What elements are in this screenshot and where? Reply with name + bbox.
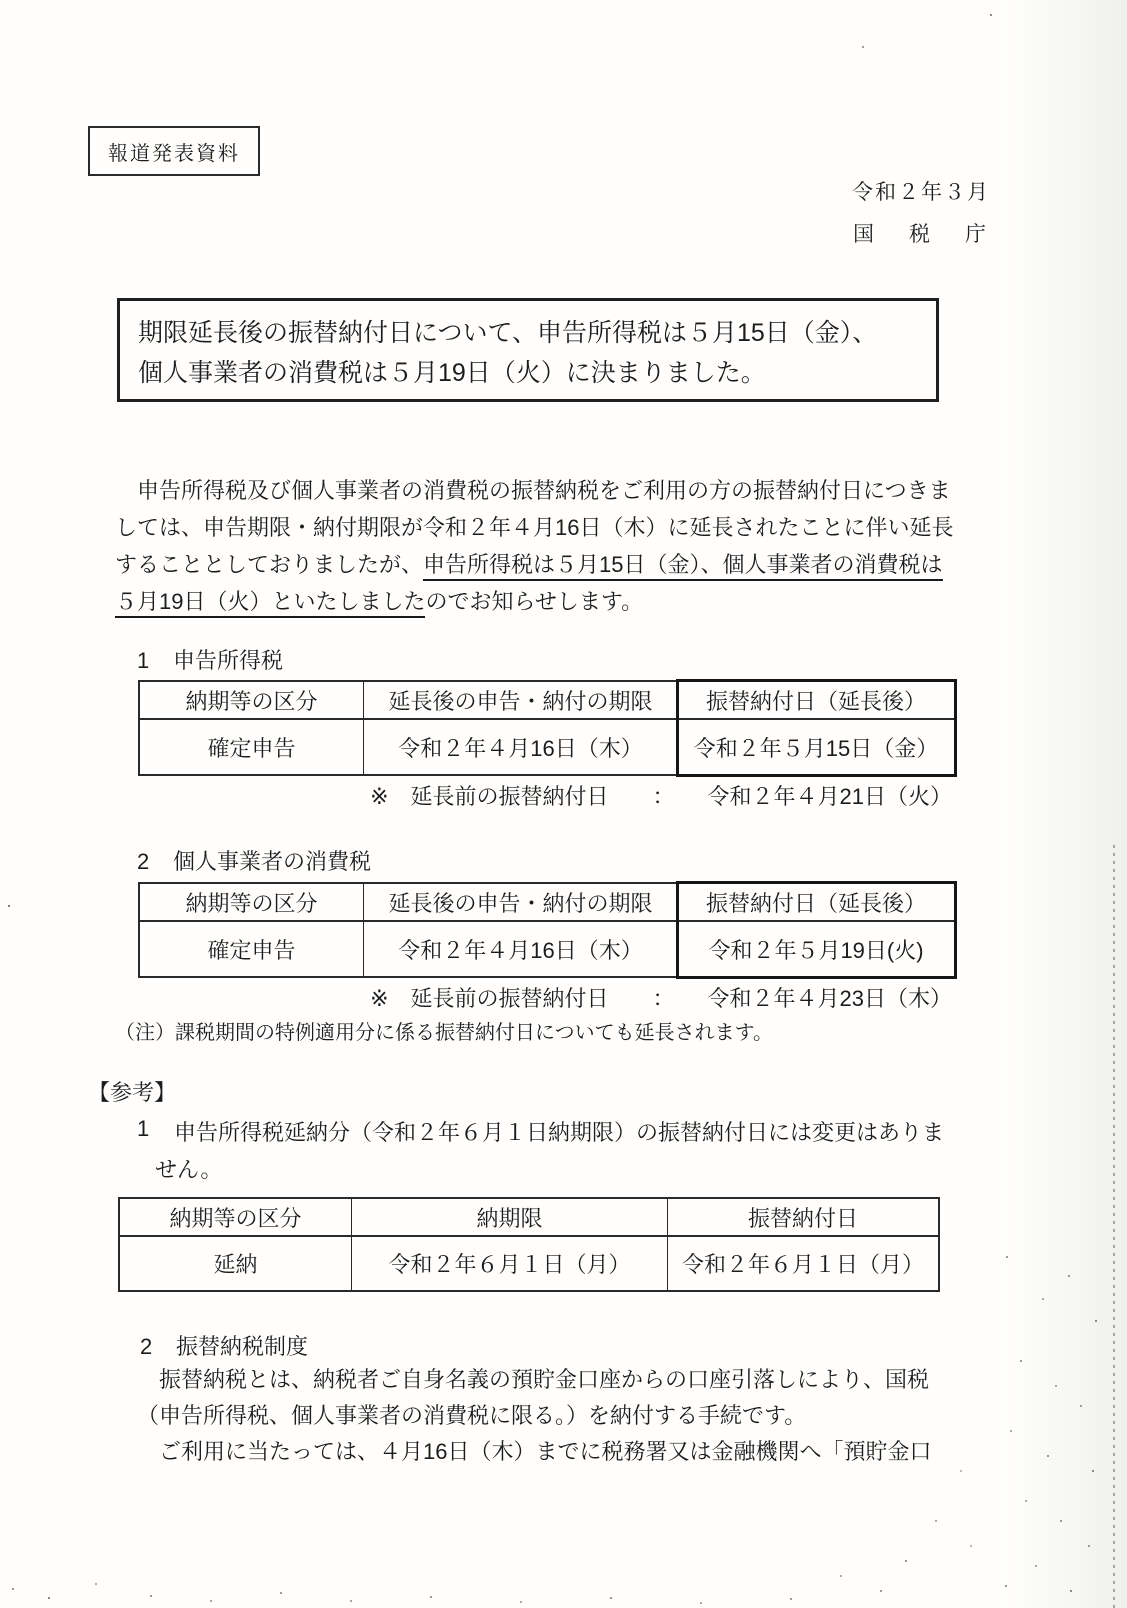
press-release-document: 報道発表資料 令和２年３月 国 税 庁 期限延長後の振替納付日について、申告所得…: [0, 0, 1127, 1608]
document-date: 令和２年３月: [852, 176, 990, 206]
reference-item1-number: 1: [137, 1116, 149, 1142]
press-release-stamp-box: 報道発表資料: [88, 126, 260, 176]
section2-title: 個人事業者の消費税: [173, 849, 371, 874]
table-header-cell: 納期等の区分: [140, 682, 364, 720]
table-row: 確定申告 令和２年４月16日（木） 令和２年５月15日（金）: [140, 720, 954, 774]
table-cell: 令和２年４月16日（木）: [364, 720, 678, 774]
press-release-stamp-label: 報道発表資料: [108, 137, 240, 166]
reference-heading: 【参考】: [88, 1076, 176, 1107]
table-cell: 令和２年５月15日（金）: [678, 720, 954, 774]
section2-number: 2: [137, 849, 151, 875]
intro-line-1: 申告所得税及び個人事業者の消費税の振替納税をご利用の方の振替納付日につきま: [115, 472, 1015, 509]
income-tax-note: ※ 延長前の振替納付日 ： 令和２年４月21日（火）: [138, 780, 952, 811]
table-header-cell: 振替納付日（延長後）: [678, 682, 954, 720]
reference-item1-line1: 申告所得税延納分（令和２年６月１日納期限）の振替納付日には変更はありま: [174, 1116, 944, 1147]
furikae-line-3: ご利用に当たっては、４月16日（木）までに税務署又は金融機関へ「預貯金口: [137, 1434, 931, 1470]
section2-heading: 2個人事業者の消費税: [137, 845, 371, 876]
section1-number: 1: [137, 648, 151, 674]
intro-paragraph: 申告所得税及び個人事業者の消費税の振替納税をご利用の方の振替納付日につきま して…: [115, 472, 1015, 620]
reference-item2-number: 2: [140, 1334, 154, 1360]
table-cell: 令和２年６月１日（月）: [352, 1237, 668, 1290]
furikae-description-paragraph: 振替納税とは、納税者ご自身名義の預貯金口座からの口座引落しにより、国税 （申告所…: [137, 1362, 931, 1470]
agency-name: 国 税 庁: [853, 218, 993, 248]
consumption-tax-note: ※ 延長前の振替納付日 ： 令和２年４月23日（木）: [138, 982, 952, 1013]
reference-item2-title: 振替納税制度: [176, 1334, 308, 1359]
title-line-2: 個人事業者の消費税は５月19日（火）に決まりました。: [138, 353, 936, 393]
intro-line-3-plain: することとしておりましたが、: [115, 552, 423, 577]
section1-heading: 1申告所得税: [137, 644, 283, 675]
reference-item2-heading: 2振替納税制度: [140, 1330, 308, 1361]
taxation-period-remark: （注）課税期間の特例適用分に係る振替納付日についても延長されます。: [115, 1016, 773, 1045]
intro-line-2: しては、申告期限・納付期限が令和２年４月16日（木）に延長されたことに伴い延長: [115, 509, 1015, 546]
furikae-line-2: （申告所得税、個人事業者の消費税に限る。）を納付する手続です。: [137, 1398, 931, 1434]
intro-line-3-underlined: 申告所得税は５月15日（金）、個人事業者の消費税は: [423, 552, 942, 581]
table-header-cell: 納期等の区分: [140, 884, 364, 922]
table-cell: 令和２年４月16日（木）: [364, 922, 678, 976]
table-cell: 令和２年６月１日（月）: [668, 1237, 938, 1290]
income-tax-table: 納期等の区分 延長後の申告・納付の期限 振替納付日（延長後） 確定申告 令和２年…: [138, 680, 956, 776]
title-line-1: 期限延長後の振替納付日について、申告所得税は５月15日（金）、: [138, 313, 936, 353]
scan-noise-specks: [0, 0, 2, 2]
furikae-line-1: 振替納税とは、納税者ご自身名義の預貯金口座からの口座引落しにより、国税: [137, 1362, 931, 1398]
table-header-cell: 振替納付日: [668, 1199, 938, 1237]
table-header-row: 納期等の区分 延長後の申告・納付の期限 振替納付日（延長後）: [140, 682, 954, 720]
table-header-cell: 納期等の区分: [120, 1199, 352, 1237]
table-cell: 確定申告: [140, 922, 364, 976]
reference-item1-line2: せん。: [155, 1153, 222, 1184]
table-cell: 令和２年５月19日(火): [678, 922, 954, 976]
table-cell: 延納: [120, 1237, 352, 1290]
table-row: 確定申告 令和２年４月16日（木） 令和２年５月19日(火): [140, 922, 954, 976]
intro-line-3: することとしておりましたが、申告所得税は５月15日（金）、個人事業者の消費税は: [115, 546, 1015, 583]
intro-line-4-plain: のでお知らせします。: [425, 589, 643, 614]
consumption-tax-table: 納期等の区分 延長後の申告・納付の期限 振替納付日（延長後） 確定申告 令和２年…: [138, 882, 956, 978]
table-header-cell: 延長後の申告・納付の期限: [364, 682, 678, 720]
table-cell: 確定申告: [140, 720, 364, 774]
postponement-table: 納期等の区分 納期限 振替納付日 延納 令和２年６月１日（月） 令和２年６月１日…: [118, 1197, 940, 1292]
table-header-row: 納期等の区分 納期限 振替納付日: [120, 1199, 938, 1237]
section1-title: 申告所得税: [173, 648, 283, 673]
table-header-cell: 納期限: [352, 1199, 668, 1237]
table-row: 延納 令和２年６月１日（月） 令和２年６月１日（月）: [120, 1237, 938, 1290]
table-header-cell: 振替納付日（延長後）: [678, 884, 954, 922]
table-header-row: 納期等の区分 延長後の申告・納付の期限 振替納付日（延長後）: [140, 884, 954, 922]
intro-line-4-underlined: ５月19日（火）といたしました: [115, 589, 425, 618]
title-box: 期限延長後の振替納付日について、申告所得税は５月15日（金）、 個人事業者の消費…: [117, 298, 939, 402]
scan-noise-vertical-band: [1113, 845, 1115, 1608]
intro-line-4: ５月19日（火）といたしましたのでお知らせします。: [115, 583, 1015, 620]
table-header-cell: 延長後の申告・納付の期限: [364, 884, 678, 922]
